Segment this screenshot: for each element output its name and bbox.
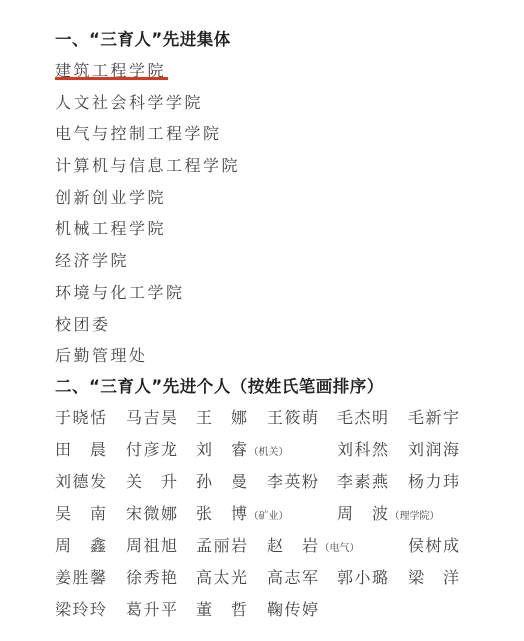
collective-item: 校团委 <box>55 312 111 335</box>
affiliation-note: （矿业） <box>249 511 289 522</box>
person-name: 田 晨 <box>55 437 108 460</box>
person-name: 张 博（矿业） <box>196 501 289 524</box>
person-name: 刘德发 <box>55 469 108 492</box>
person-name: 李英粉 <box>267 469 320 492</box>
person-name: 毛杰明 <box>337 405 390 428</box>
names-row: 吴 南 宋微娜 张 博（矿业） 周 波（理学院） <box>55 501 485 523</box>
section1-heading: 一、“三育人”先进集体 <box>55 26 231 50</box>
affiliation-note: （电气） <box>320 543 360 554</box>
person-name: 周祖旭 <box>126 533 179 556</box>
names-row: 刘德发 关 升 孙 曼 李英粉 李素燕 杨力玮 <box>55 469 485 491</box>
person-name: 孟丽岩 <box>196 533 249 556</box>
collective-item: 人文社会科学学院 <box>55 90 203 113</box>
person-name: 赵 岩（电气） <box>267 533 360 556</box>
person-name: 高志军 <box>267 565 320 588</box>
collective-item: 计算机与信息工程学院 <box>55 153 240 176</box>
person-name: 徐秀艳 <box>126 565 179 588</box>
affiliation-note: （理学院） <box>390 511 440 522</box>
person-name: 侯树成 <box>408 533 461 556</box>
person-name: 梁 洋 <box>408 565 461 588</box>
person-name: 杨力玮 <box>408 469 461 492</box>
person-name: 刘 睿（机关） <box>196 437 289 460</box>
person-name: 郭小璐 <box>337 565 390 588</box>
collective-item: 环境与化工学院 <box>55 280 185 303</box>
names-row: 梁玲玲 葛升平 董 哲 鞠传婷 <box>55 597 485 619</box>
collective-item: 后勤管理处 <box>55 343 148 366</box>
person-name: 宋微娜 <box>126 501 179 524</box>
person-name: 鞠传婷 <box>267 597 320 620</box>
person-name: 吴 南 <box>55 501 108 524</box>
person-name: 孙 曼 <box>196 469 249 492</box>
person-name: 王 娜 <box>196 405 249 428</box>
collective-item: 电气与控制工程学院 <box>55 121 222 144</box>
highlight-underline <box>55 77 168 80</box>
person-name: 梁玲玲 <box>55 597 108 620</box>
person-name: 关 升 <box>126 469 179 492</box>
person-name: 姜胜馨 <box>55 565 108 588</box>
person-name: 董 哲 <box>196 597 249 620</box>
names-row: 周 鑫 周祖旭 孟丽岩 赵 岩（电气） 侯树成 <box>55 533 485 555</box>
names-row: 姜胜馨 徐秀艳 高太光 高志军 郭小璐 梁 洋 <box>55 565 485 587</box>
section2-heading: 二、“三育人”先进个人（按姓氏笔画排序） <box>55 373 384 397</box>
person-name: 李素燕 <box>337 469 390 492</box>
affiliation-note: （机关） <box>249 447 289 458</box>
person-name: 于晓恬 <box>55 405 108 428</box>
collective-item: 机械工程学院 <box>55 216 166 239</box>
names-row: 田 晨 付彦龙 刘 睿（机关） 刘科然 刘润海 <box>55 437 485 459</box>
person-name: 葛升平 <box>126 597 179 620</box>
collective-item: 经济学院 <box>55 248 129 271</box>
person-name: 付彦龙 <box>126 437 179 460</box>
names-row: 于晓恬 马吉昊 王 娜 王筱萌 毛杰明 毛新宇 <box>55 405 485 427</box>
person-name: 周 鑫 <box>55 533 108 556</box>
person-name: 高太光 <box>196 565 249 588</box>
person-name: 王筱萌 <box>267 405 320 428</box>
person-name: 刘润海 <box>408 437 461 460</box>
person-name: 马吉昊 <box>126 405 179 428</box>
person-name: 周 波（理学院） <box>337 501 440 524</box>
person-name: 刘科然 <box>337 437 390 460</box>
collective-item: 创新创业学院 <box>55 185 166 208</box>
person-name: 毛新宇 <box>408 405 461 428</box>
